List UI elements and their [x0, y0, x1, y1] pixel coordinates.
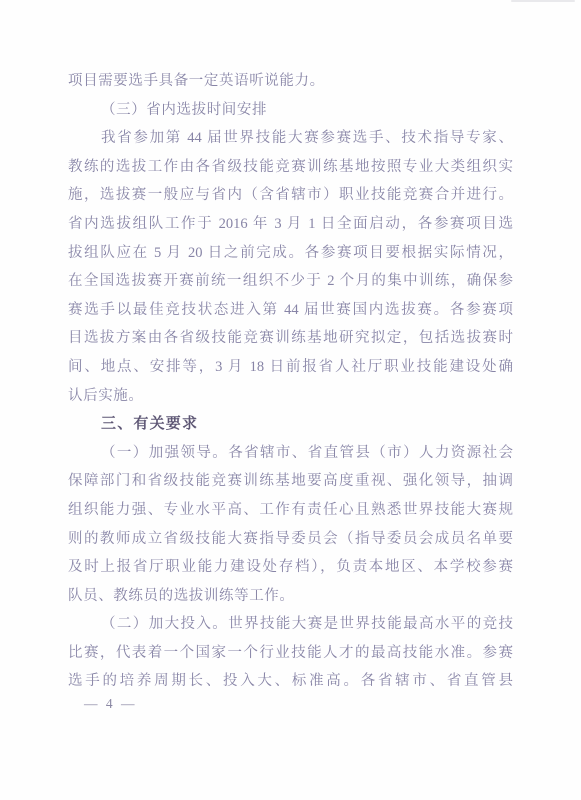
text-line: 间、地点、安排等，3 月 18 日前报省人社厅职业技能建设处确	[68, 353, 513, 382]
text-line: 选手的培养周期长、投入大、标准高。各省辖市、省直管县	[68, 667, 513, 696]
text-line: 省内选拔组队工作于 2016 年 3 月 1 日全面启动，各参赛项目选	[68, 210, 513, 239]
text-line: 教练的选拔工作由各省级技能竞赛训练基地按照专业大类组织实	[68, 153, 513, 182]
scan-artifact	[511, 0, 575, 2]
text-line: 我省参加第 44 届世界技能大赛参赛选手、技术指导专家、	[68, 124, 513, 153]
text-line: 队员、教练员的选拔训练等工作。	[68, 582, 513, 611]
text-line: 保障部门和省级技能竞赛训练基地要高度重视、强化领导，抽调	[68, 467, 513, 496]
text-line: 赛选手以最佳竞技状态进入第 44 届世赛国内选拔赛。各参赛项	[68, 296, 513, 325]
text-line: 施，选拔赛一般应与省内（含省辖市）职业技能竞赛合并进行。	[68, 181, 513, 210]
text-line: （二）加大投入。世界技能大赛是世界技能最高水平的竞技	[68, 610, 513, 639]
page-number: — 4 —	[84, 694, 137, 714]
text-line: 在全国选拔赛开赛前统一组织不少于 2 个月的集中训练，确保参	[68, 267, 513, 296]
text-line: 组织能力强、专业水平高、工作有责任心且熟悉世界技能大赛规	[68, 496, 513, 525]
text-line: 认后实施。	[68, 382, 513, 411]
text-line: 比赛，代表着一个国家一个行业技能人才的最高技能水准。参赛	[68, 639, 513, 668]
section-heading: 三、有关要求	[68, 410, 513, 439]
text-line: 则的教师成立省级技能大赛指导委员会（指导委员会成员名单要	[68, 525, 513, 554]
scanned-document-page: 项目需要选手具备一定英语听说能力。 （三）省内选拔时间安排 我省参加第 44 届…	[0, 0, 581, 800]
text-line: 项目需要选手具备一定英语听说能力。	[68, 67, 513, 96]
text-line: 拔组队应在 5 月 20 日之前完成。各参赛项目要根据实际情况，	[68, 239, 513, 268]
document-body: 项目需要选手具备一定英语听说能力。 （三）省内选拔时间安排 我省参加第 44 届…	[68, 67, 513, 696]
text-line: 及时上报省厅职业能力建设处存档），负责本地区、本学校参赛	[68, 553, 513, 582]
text-line: （三）省内选拔时间安排	[68, 96, 513, 125]
text-line: 目选拔方案由各省级技能竞赛训练基地研究拟定，包括选拔赛时	[68, 324, 513, 353]
text-line: （一）加强领导。各省辖市、省直管县（市）人力资源社会	[68, 439, 513, 468]
